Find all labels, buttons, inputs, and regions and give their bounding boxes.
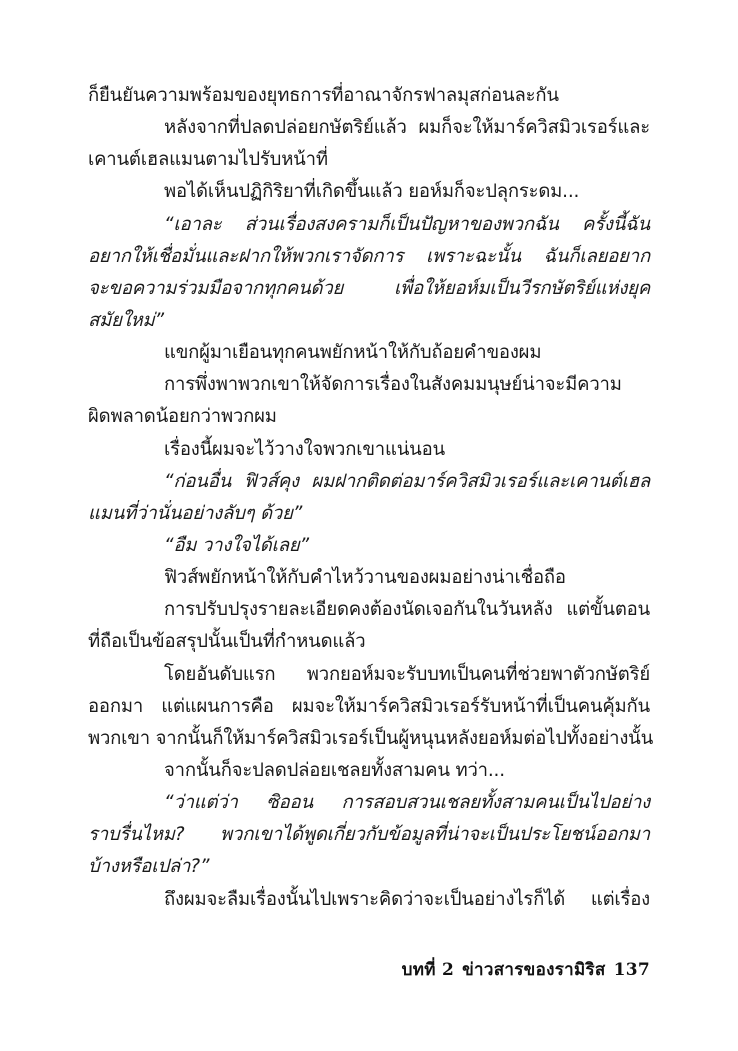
narration-line: ฟิวส์พยักหน้าให้กับคำไหว้วานของผมอย่างน่… (88, 562, 650, 594)
narration-line: พอได้เห็นปฏิกิริยาที่เกิดขึ้นแล้ว ยอห์มก… (88, 176, 650, 208)
narration-line: เรื่องนี้ผมจะไว้วางใจพวกเขาแน่นอน (88, 434, 650, 466)
narration-line: หลังจากที่ปลดปล่อยกษัตริย์แล้ว ผมก็จะให้… (88, 112, 650, 144)
dialogue-line: สมัยใหม่” (88, 305, 650, 337)
dialogue-line: “เอาละ ส่วนเรื่องสงครามก็เป็นปัญหาของพวก… (88, 209, 650, 241)
dialogue-line: อยากให้เชื่อมั่นและฝากให้พวกเราจัดการ เพ… (88, 241, 650, 273)
narration-line: ที่ถือเป็นข้อสรุปนั้นเป็นที่กำหนดแล้ว (88, 626, 650, 658)
narration-line: แขกผู้มาเยือนทุกคนพยักหน้าให้กับถ้อยคำขอ… (88, 337, 650, 369)
chapter-title: ข่าวสารของรามิริส (462, 960, 606, 980)
narration-line: ออกมา แต่แผนการคือ ผมจะให้มาร์ควิสมิวเรอ… (88, 691, 650, 723)
page-footer: บทที่ 2ข่าวสารของรามิริส137 (402, 956, 650, 983)
dialogue-line: แมนที่ว่านั่นอย่างลับๆ ด้วย” (88, 498, 650, 530)
narration-line: ผิดพลาดน้อยกว่าพวกผม (88, 401, 650, 433)
narration-line: จากนั้นก็จะปลดปล่อยเชลยทั้งสามคน ทว่า... (88, 755, 650, 787)
narration-line: ก็ยืนยันความพร้อมของยุทธการที่อาณาจักรฟา… (88, 80, 650, 112)
narration-line: การปรับปรุงรายละเอียดคงต้องนัดเจอกันในวั… (88, 594, 650, 626)
dialogue-line: บ้างหรือเปล่า?” (88, 851, 650, 883)
dialogue-line: “ก่อนอื่น ฟิวส์คุง ผมฝากติดต่อมาร์ควิสมิ… (88, 466, 650, 498)
narration-line: ถึงผมจะลืมเรื่องนั้นไปเพราะคิดว่าจะเป็นอ… (88, 884, 650, 916)
book-page: ก็ยืนยันความพร้อมของยุทธการที่อาณาจักรฟา… (0, 0, 738, 1051)
dialogue-line: ราบรื่นไหม? พวกเขาได้พูดเกี่ยวกับข้อมูลท… (88, 819, 650, 851)
chapter-label: บทที่ 2 (402, 960, 454, 980)
body-text: ก็ยืนยันความพร้อมของยุทธการที่อาณาจักรฟา… (88, 80, 650, 916)
dialogue-line: จะขอความร่วมมือจากทุกคนด้วย เพื่อให้ยอห์… (88, 273, 650, 305)
dialogue-line: “ว่าแต่ว่า ซิออน การสอบสวนเชลยทั้งสามคนเ… (88, 787, 650, 819)
narration-line: การพึ่งพาพวกเขาให้จัดการเรื่องในสังคมมนุ… (88, 369, 650, 401)
narration-line: พวกเขา จากนั้นก็ให้มาร์ควิสมิวเรอร์เป็นผ… (88, 723, 650, 755)
dialogue-line: “อืม วางใจได้เลย” (88, 530, 650, 562)
narration-line: เคานต์เฮลแมนตามไปรับหน้าที่ (88, 144, 650, 176)
narration-line: โดยอันดับแรก พวกยอห์มจะรับบทเป็นคนที่ช่ว… (88, 659, 650, 691)
page-number: 137 (614, 960, 650, 980)
